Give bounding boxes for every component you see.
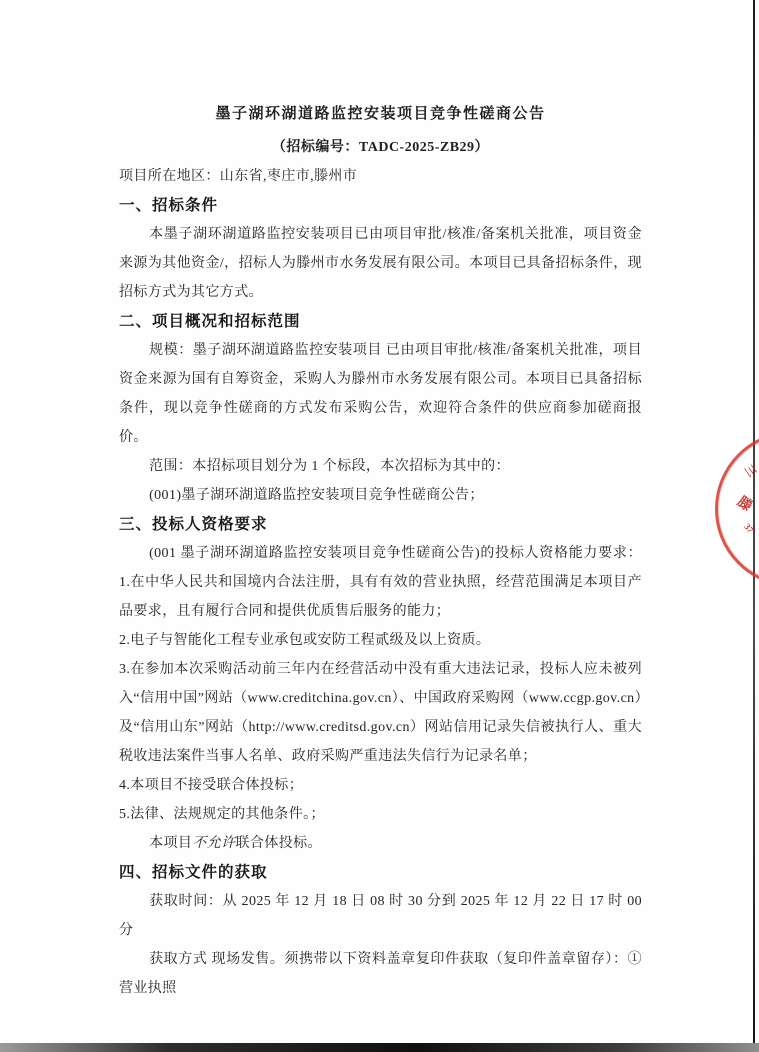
section-2-scale-paragraph: 规模：墨子湖环湖道路监控安装项目 已由项目审批/核准/备案机关批准，项目资金来源… (119, 336, 642, 452)
section-heading-3: 三、投标人资格要求 (119, 510, 642, 539)
obtain-time-line: 获取时间：从 2025 年 12 月 18 日 08 时 30 分到 2025 … (119, 887, 642, 945)
section-2-scope-line: 范围：本招标项目划分为 1 个标段，本次招标为其中的： (119, 452, 642, 481)
document-body: 墨子湖环湖道路监控安装项目竞争性磋商公告 （招标编号：TADC-2025-ZB2… (119, 100, 642, 1003)
qualification-requirement-5: 5.法律、法规规定的其他条件。； (119, 800, 642, 829)
joint-bid-note: 本项目不允许联合体投标。 (119, 829, 642, 858)
joint-bid-note-prefix: 本项目 (149, 836, 192, 851)
section-heading-1: 一、招标条件 (119, 191, 642, 220)
doc-subtitle: （招标编号：TADC-2025-ZB29） (119, 133, 642, 162)
qualification-requirement-4: 4.本项目不接受联合体投标； (119, 771, 642, 800)
scan-bottom-edge-shadow (0, 1043, 759, 1052)
project-location-line: 项目所在地区：山东省,枣庄市,滕州市 (119, 162, 642, 191)
qualification-requirement-1: (001 墨子湖环湖道路监控安装项目竞争性磋商公告)的投标人资格能力要求：1.在… (119, 539, 642, 626)
section-2-lot-line: (001)墨子湖环湖道路监控安装项目竞争性磋商公告； (119, 481, 642, 510)
joint-bid-note-suffix: 联合体投标。 (236, 836, 322, 851)
joint-bid-note-emphasis: 不允许 (192, 836, 235, 851)
qualification-requirement-2: 2.电子与智能化工程专业承包或安防工程贰级及以上资质。 (119, 626, 642, 655)
document-page: 墨子湖环湖道路监控安装项目竞争性磋商公告 （招标编号：TADC-2025-ZB2… (0, 0, 759, 1052)
section-1-paragraph: 本墨子湖环湖道路监控安装项目已由项目审批/核准/备案机关批准，项目资金来源为其他… (119, 220, 642, 307)
doc-title: 墨子湖环湖道路监控安装项目竞争性磋商公告 (119, 100, 642, 129)
section-heading-2: 二、项目概况和招标范围 (119, 307, 642, 336)
section-heading-4: 四、招标文件的获取 (119, 858, 642, 887)
obtain-method-line: 获取方式 现场发售。须携带以下资料盖章复印件获取（复印件盖章留存）：①营业执照 (119, 945, 642, 1003)
qualification-requirement-3: 3.在参加本次采购活动前三年内在经营活动中没有重大违法记录，投标人应未被列入“信… (119, 655, 642, 771)
